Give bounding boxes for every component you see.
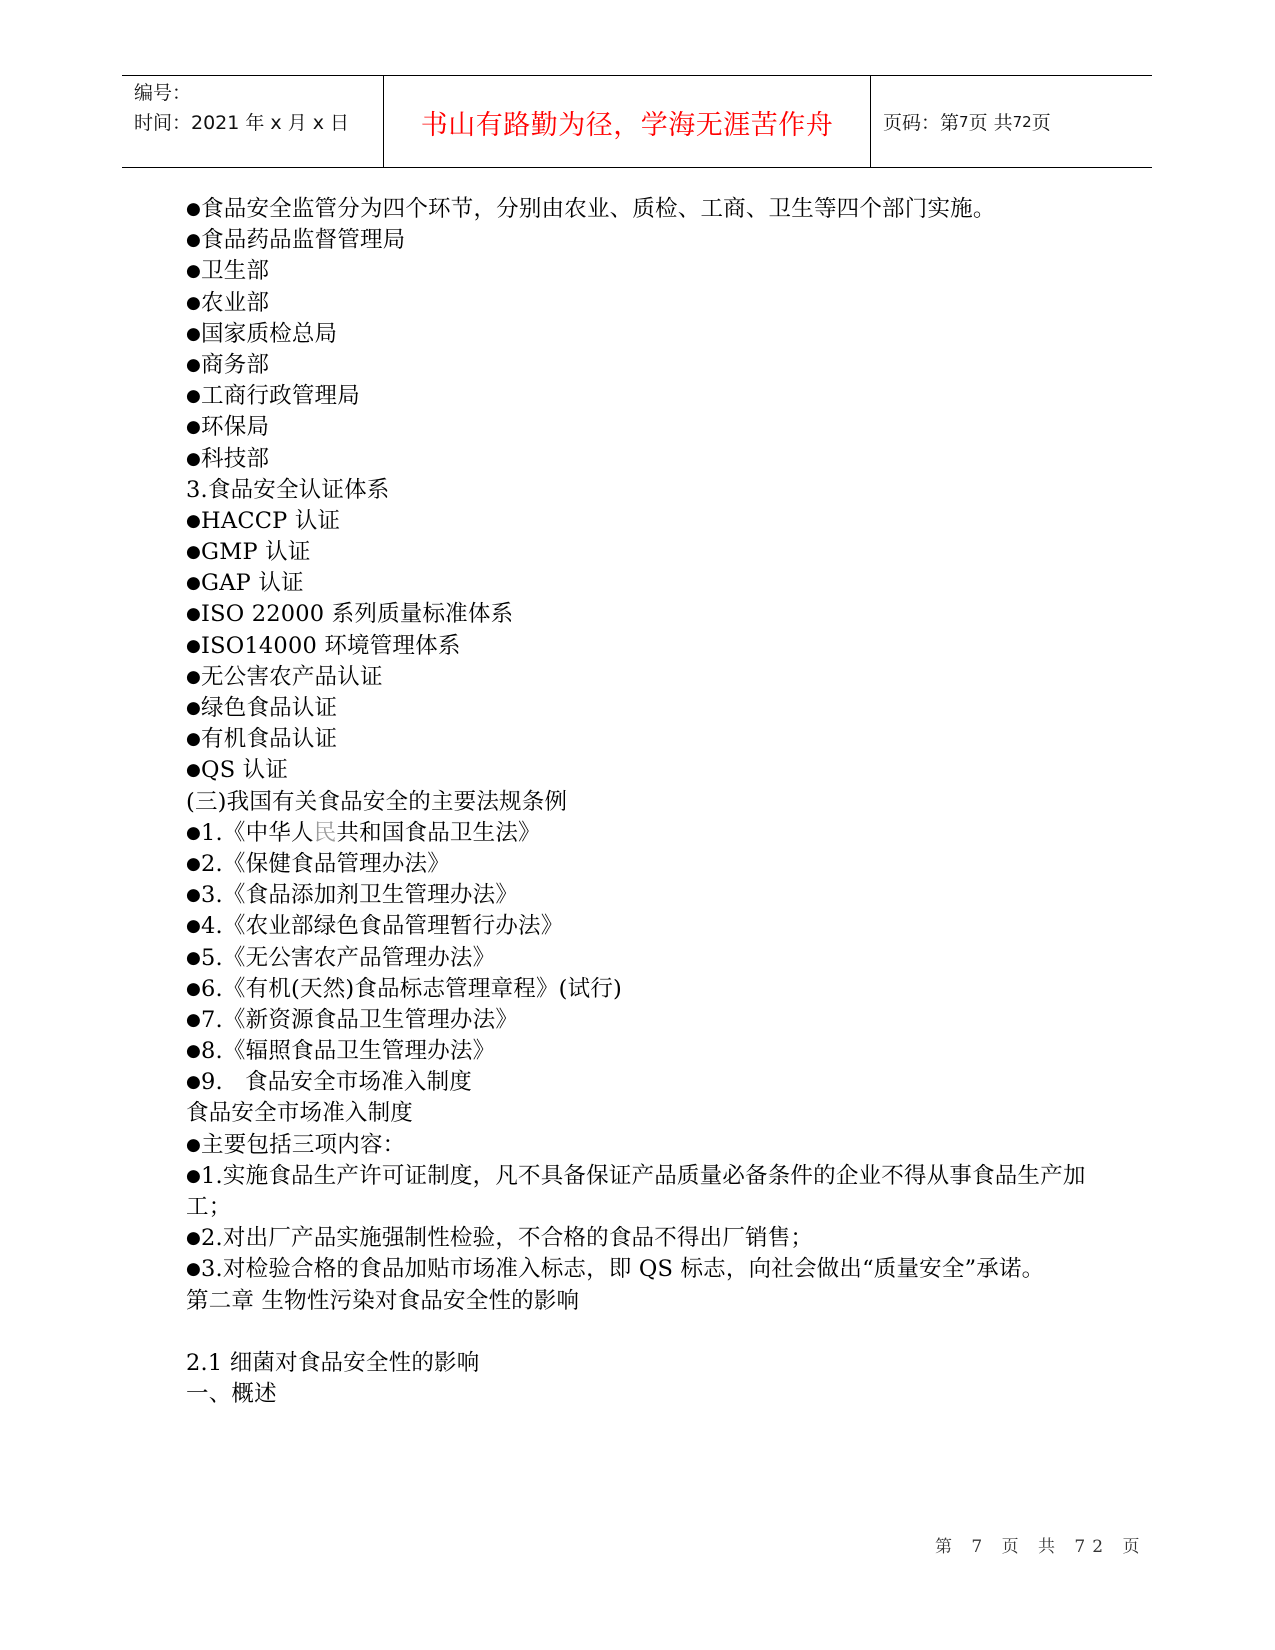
bullet-dot-icon: ● — [186, 724, 201, 755]
bullet-list-item: ●食品安全监管分为四个环节，分别由农业、质检、工商、卫生等四个部门实施。 — [186, 194, 1086, 225]
bullet-list-item: ●HACCP 认证 — [186, 506, 1086, 537]
line-text: 科技部 — [201, 446, 269, 472]
line-text: QS 认证 — [201, 757, 288, 783]
line-text: 国家质检总局 — [201, 321, 337, 347]
line-text: 7.《新资源食品卫生管理办法》 — [201, 1007, 518, 1033]
bullet-list-item: ●国家质检总局 — [186, 319, 1086, 350]
bullet-dot-icon: ● — [186, 849, 201, 880]
bullet-dot-icon: ● — [186, 1223, 201, 1254]
bullet-dot-icon: ● — [186, 568, 201, 599]
bullet-dot-icon: ● — [186, 1067, 201, 1098]
line-text: (三)我国有关食品安全的主要法规条例 — [186, 789, 567, 815]
line-text: 商务部 — [201, 352, 269, 378]
bullet-list-item: ●ISO 22000 系列质量标准体系 — [186, 599, 1086, 630]
paragraph-line: 3.食品安全认证体系 — [186, 475, 1086, 506]
page-number-current: 7 — [959, 113, 969, 131]
bullet-list-item: ●无公害农产品认证 — [186, 662, 1086, 693]
line-text: 农业部 — [201, 290, 269, 316]
bullet-list-item: ●有机食品认证 — [186, 724, 1086, 755]
bullet-list-item: ●农业部 — [186, 288, 1086, 319]
bullet-list-item: ●环保局 — [186, 412, 1086, 443]
highlighted-char: 民 — [314, 820, 337, 846]
bullet-dot-icon: ● — [186, 319, 201, 350]
bullet-list-item: ●9. 食品安全市场准入制度 — [186, 1067, 1086, 1098]
bullet-dot-icon: ● — [186, 444, 201, 475]
line-text: 8.《辐照食品卫生管理办法》 — [201, 1038, 495, 1064]
document-body: ●食品安全监管分为四个环节，分别由农业、质检、工商、卫生等四个部门实施。●食品药… — [186, 194, 1086, 1410]
bullet-list-item: ●4.《农业部绿色食品管理暂行办法》 — [186, 911, 1086, 942]
bullet-list-item: ●科技部 — [186, 444, 1086, 475]
bullet-list-item: ●食品药品监督管理局 — [186, 225, 1086, 256]
bullet-list-item: ●1.实施食品生产许可证制度，凡不具备保证产品质量必备条件的企业不得从事食品生产… — [186, 1161, 1086, 1223]
bullet-list-item: ●卫生部 — [186, 256, 1086, 287]
line-text: 3.食品安全认证体系 — [186, 477, 389, 503]
bullet-dot-icon: ● — [186, 662, 201, 693]
page-number-suffix: 页 — [1032, 108, 1051, 135]
line-text: 食品安全监管分为四个环节，分别由农业、质检、工商、卫生等四个部门实施。 — [201, 196, 996, 222]
line-text: 6.《有机(天然)食品标志管理章程》(试行) — [201, 976, 622, 1002]
line-text: 绿色食品认证 — [201, 695, 337, 721]
line-text: 第二章 生物性污染对食品安全性的影响 — [186, 1288, 579, 1314]
bullet-dot-icon: ● — [186, 1005, 201, 1036]
bullet-dot-icon: ● — [186, 381, 201, 412]
bullet-list-item: ●7.《新资源食品卫生管理办法》 — [186, 1005, 1086, 1036]
line-text: ISO 22000 系列质量标准体系 — [201, 601, 513, 627]
bullet-list-item: ●3.《食品添加剂卫生管理办法》 — [186, 880, 1086, 911]
line-text: 4.《农业部绿色食品管理暂行办法》 — [201, 913, 563, 939]
line-text: 主要包括三项内容： — [201, 1132, 405, 1158]
line-text: 共和国食品卫生法》 — [336, 820, 540, 846]
bullet-list-item: ●商务部 — [186, 350, 1086, 381]
line-text: 卫生部 — [201, 258, 269, 284]
bullet-dot-icon: ● — [186, 1130, 201, 1161]
bullet-list-item: ●GAP 认证 — [186, 568, 1086, 599]
serial-number-label: 编号： — [134, 78, 383, 108]
header-motto-cell: 书山有路勤为径，学海无涯苦作舟 — [384, 76, 871, 167]
line-text: GMP 认证 — [201, 539, 311, 565]
bullet-list-item: ●2.《保健食品管理办法》 — [186, 849, 1086, 880]
header-meta-cell: 编号： 时间：2021 年 x 月 x 日 — [122, 76, 384, 167]
line-text: 3.《食品添加剂卫生管理办法》 — [201, 882, 518, 908]
paragraph-line: (三)我国有关食品安全的主要法规条例 — [186, 787, 1086, 818]
document-header-table: 编号： 时间：2021 年 x 月 x 日 书山有路勤为径，学海无涯苦作舟 页码… — [122, 75, 1152, 168]
bullet-dot-icon: ● — [186, 350, 201, 381]
bullet-dot-icon: ● — [186, 943, 201, 974]
bullet-list-item: ●1.《中华人民共和国食品卫生法》 — [186, 818, 1086, 849]
line-text: 3.对检验合格的食品加贴市场准入标志，即 QS 标志，向社会做出“质量安全”承诺… — [201, 1256, 1044, 1282]
line-text: 5.《无公害农产品管理办法》 — [201, 945, 495, 971]
line-text: 1.实施食品生产许可证制度，凡不具备保证产品质量必备条件的企业不得从事食品生产加… — [186, 1163, 1086, 1220]
bullet-dot-icon: ● — [186, 1161, 201, 1192]
line-text: 工商行政管理局 — [201, 383, 360, 409]
bullet-list-item: ●2.对出厂产品实施强制性检验，不合格的食品不得出厂销售； — [186, 1223, 1086, 1254]
bullet-dot-icon: ● — [186, 225, 201, 256]
line-text: GAP 认证 — [201, 570, 304, 596]
line-text: 食品药品监督管理局 — [201, 227, 405, 253]
bullet-list-item: ●GMP 认证 — [186, 537, 1086, 568]
bullet-dot-icon: ● — [186, 880, 201, 911]
bullet-dot-icon: ● — [186, 911, 201, 942]
line-text: 2.1 细菌对食品安全性的影响 — [186, 1350, 479, 1376]
line-text: 无公害农产品认证 — [201, 664, 383, 690]
bullet-list-item: ●工商行政管理局 — [186, 381, 1086, 412]
line-text: 2.《保健食品管理办法》 — [201, 851, 450, 877]
bullet-list-item: ●8.《辐照食品卫生管理办法》 — [186, 1036, 1086, 1067]
bullet-dot-icon: ● — [186, 256, 201, 287]
line-text: 有机食品认证 — [201, 726, 337, 752]
line-text: 1.《中华人 — [201, 820, 314, 846]
page-number-mid: 页 共 — [969, 108, 1013, 135]
date-label: 时间：2021 年 x 月 x 日 — [134, 108, 383, 138]
header-page-cell: 页码：第 7 页 共 72 页 — [871, 76, 1152, 167]
motto-text: 书山有路勤为径，学海无涯苦作舟 — [421, 103, 834, 142]
line-text: HACCP 认证 — [201, 508, 340, 534]
bullet-dot-icon: ● — [186, 974, 201, 1005]
bullet-dot-icon: ● — [186, 755, 201, 786]
bullet-dot-icon: ● — [186, 194, 201, 225]
blank-line — [186, 1317, 1086, 1348]
paragraph-line: 食品安全市场准入制度 — [186, 1098, 1086, 1129]
bullet-dot-icon: ● — [186, 631, 201, 662]
bullet-list-item: ●5.《无公害农产品管理办法》 — [186, 943, 1086, 974]
bullet-dot-icon: ● — [186, 818, 201, 849]
page-number-prefix: 页码：第 — [883, 108, 959, 135]
line-text: ISO14000 环境管理体系 — [201, 633, 460, 659]
line-text: 2.对出厂产品实施强制性检验，不合格的食品不得出厂销售； — [201, 1225, 813, 1251]
line-text: 9. 食品安全市场准入制度 — [201, 1069, 472, 1095]
page-footer: 第 7 页 共 72 页 — [935, 1532, 1146, 1557]
bullet-list-item: ●ISO14000 环境管理体系 — [186, 631, 1086, 662]
bullet-dot-icon: ● — [186, 1254, 201, 1285]
bullet-list-item: ●QS 认证 — [186, 755, 1086, 786]
bullet-dot-icon: ● — [186, 288, 201, 319]
line-text: 环保局 — [201, 414, 269, 440]
bullet-list-item: ●3.对检验合格的食品加贴市场准入标志，即 QS 标志，向社会做出“质量安全”承… — [186, 1254, 1086, 1285]
bullet-list-item: ●6.《有机(天然)食品标志管理章程》(试行) — [186, 974, 1086, 1005]
bullet-list-item: ●主要包括三项内容： — [186, 1130, 1086, 1161]
bullet-list-item: ●绿色食品认证 — [186, 693, 1086, 724]
line-text: 食品安全市场准入制度 — [186, 1100, 413, 1126]
paragraph-line: 一、概述 — [186, 1379, 1086, 1410]
bullet-dot-icon: ● — [186, 412, 201, 443]
line-text: 一、概述 — [186, 1381, 277, 1407]
bullet-dot-icon: ● — [186, 1036, 201, 1067]
paragraph-line: 第二章 生物性污染对食品安全性的影响 — [186, 1286, 1086, 1317]
paragraph-line: 2.1 细菌对食品安全性的影响 — [186, 1348, 1086, 1379]
bullet-dot-icon: ● — [186, 537, 201, 568]
page-number-total: 72 — [1013, 113, 1032, 131]
bullet-dot-icon: ● — [186, 693, 201, 724]
bullet-dot-icon: ● — [186, 506, 201, 537]
bullet-dot-icon: ● — [186, 599, 201, 630]
